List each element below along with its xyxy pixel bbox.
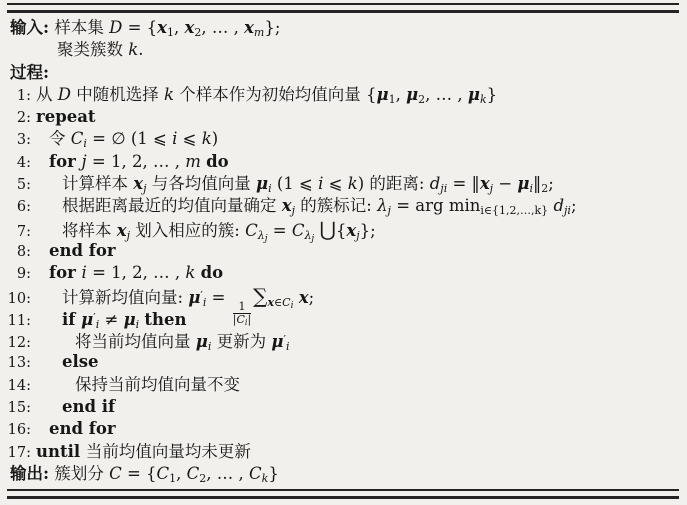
text-segment: = {	[122, 18, 157, 37]
bottom-rule-thick	[7, 496, 679, 499]
text-segment: k	[480, 93, 487, 106]
text-segment: ∑	[253, 284, 267, 308]
text-segment: 当前均值向量均未更新	[86, 442, 251, 461]
algo-header-row-1: 聚类簇数 k.	[0, 39, 685, 61]
algo-line-4: 4:for j = 1, 2, … , m do	[0, 151, 685, 173]
text-segment: for	[49, 263, 82, 282]
text-segment: λ	[258, 229, 265, 242]
text-segment: D	[58, 85, 71, 104]
algo-header-row-20: 输出: 簇划分 C = {C1, C2, … , Ck}	[0, 463, 685, 485]
line-number: 10:	[0, 288, 31, 310]
text-segment: ⩽	[177, 129, 201, 148]
text-segment: until	[36, 442, 86, 461]
text-segment: μ	[256, 174, 268, 193]
text-segment: μ	[81, 310, 93, 329]
text-segment: (1 ⩽	[272, 174, 319, 193]
text-segment: 保持当前均值向量不变	[75, 375, 240, 394]
text-segment: −	[493, 174, 517, 193]
line-content: 输出: 簇划分 C = {C1, C2, … , Ck}	[0, 463, 279, 490]
text-segment: 令	[49, 129, 71, 148]
line-content: for i = 1, 2, … , k do	[36, 262, 223, 284]
text-segment: x	[282, 196, 292, 215]
line-number: 16:	[0, 419, 31, 441]
text-segment: .	[138, 40, 143, 59]
text-segment: do	[201, 263, 224, 282]
text-segment: 输入:	[10, 18, 49, 37]
text-segment: μ	[406, 85, 418, 104]
line-number: 5:	[0, 174, 31, 196]
line-content: for j = 1, 2, … , m do	[36, 151, 229, 173]
text-segment: x	[133, 174, 143, 193]
text-segment: = {	[122, 464, 157, 483]
text-segment: };	[360, 221, 376, 240]
algo-header-row-0: 输入: 样本集 D = {x1, x2, … , xm};	[0, 17, 685, 39]
text-segment: C	[292, 221, 305, 240]
text-segment: =	[267, 221, 291, 240]
text-segment: =	[206, 288, 230, 307]
algo-line-3: 3:令 Ci = ∅ (1 ⩽ i ⩽ k)	[0, 128, 685, 150]
text-segment: C	[157, 464, 170, 483]
text-segment: x	[480, 174, 490, 193]
algo-line-12: 12:将当前均值向量 μi 更新为 μ′i	[0, 329, 685, 351]
text-segment: μ	[188, 288, 200, 307]
text-segment: C	[71, 129, 84, 148]
text-segment: ) 的距离:	[358, 174, 430, 193]
line-content: until 当前均值向量均未更新	[36, 441, 251, 463]
text-segment: 过程:	[10, 63, 49, 82]
text-segment: 1	[389, 93, 396, 106]
line-content: end for	[36, 418, 116, 440]
text-segment: do	[206, 152, 229, 171]
text-segment: k	[348, 174, 358, 193]
text-segment: }	[487, 85, 498, 104]
scanned-algorithm-page: 输入: 样本集 D = {x1, x2, … , xm};聚类簇数 k.过程:1…	[0, 0, 687, 505]
algo-line-11: 11:if μ′i ≠ μi then	[0, 307, 685, 329]
line-number: 6:	[0, 196, 31, 218]
algo-line-15: 15:end if	[0, 396, 685, 418]
fraction-numerator: 1	[233, 301, 251, 315]
text-segment: i	[286, 340, 290, 353]
text-segment: C	[236, 313, 244, 326]
text-segment: = 1, 2, … ,	[87, 263, 186, 282]
text-segment: ,	[396, 85, 407, 104]
fraction: 1|Ci|	[233, 301, 251, 328]
line-number: 8:	[0, 241, 31, 263]
text-segment: )	[212, 129, 218, 148]
text-segment: 与各均值向量	[147, 174, 257, 193]
text-segment: , … ,	[425, 85, 468, 104]
text-segment: ≠	[99, 310, 123, 329]
top-rule-thick	[7, 10, 679, 13]
text-segment: μ	[517, 174, 529, 193]
text-segment: ;	[571, 196, 577, 215]
algo-line-17: 17:until 当前均值向量均未更新	[0, 441, 685, 463]
text-segment: d	[430, 174, 441, 193]
text-segment: C	[187, 464, 200, 483]
line-content: repeat	[36, 106, 96, 128]
text-segment: k	[164, 85, 174, 104]
algo-line-7: 7:将样本 xj 划入相应的簇: Cλj = Cλj ⋃{xj};	[0, 218, 685, 240]
text-segment: i∈{1,2,…,k}	[480, 204, 548, 217]
text-segment: μ	[376, 85, 388, 104]
text-segment: , … ,	[201, 18, 244, 37]
line-number: 12:	[0, 332, 31, 354]
algorithm-box: 输入: 样本集 D = {x1, x2, … , xm};聚类簇数 k.过程:1…	[0, 17, 685, 485]
text-segment: 输出:	[10, 464, 49, 483]
text-segment: k	[202, 129, 212, 148]
text-segment: = arg min	[391, 196, 480, 215]
text-segment: 划入相应的簇:	[130, 221, 245, 240]
text-segment: x	[346, 221, 356, 240]
text-segment: 计算样本	[62, 174, 133, 193]
text-segment: for	[49, 152, 82, 171]
text-segment: 聚类簇数	[57, 40, 128, 59]
line-number: 4:	[0, 152, 31, 174]
text-segment: x	[299, 288, 309, 307]
text-segment: d	[553, 196, 564, 215]
text-segment: C	[109, 464, 122, 483]
algo-line-10: 10:计算新均值向量: μ′i = 1|Ci|∑x∈Ci x;	[0, 285, 685, 307]
text-segment: , … ,	[206, 464, 249, 483]
text-segment: end if	[62, 397, 115, 416]
text-segment: = ‖	[447, 174, 480, 193]
algo-header-row-2: 过程:	[0, 62, 685, 84]
algo-line-9: 9:for i = 1, 2, … , k do	[0, 262, 685, 284]
text-segment: = ∅ (1 ⩽	[87, 129, 172, 148]
text-segment: ,	[174, 18, 185, 37]
text-segment: μ	[271, 332, 283, 351]
line-number: 3:	[0, 129, 31, 151]
text-segment: if	[62, 310, 81, 329]
line-content: else	[36, 351, 99, 373]
text-segment: ∈	[274, 296, 282, 309]
line-content: 聚类簇数 k.	[0, 39, 144, 61]
line-number: 11:	[0, 310, 31, 332]
text-segment: end for	[49, 241, 116, 260]
text-segment: C	[249, 464, 262, 483]
text-segment: ⋃	[319, 217, 335, 241]
line-number: 7:	[0, 221, 31, 243]
text-segment: μ	[468, 85, 480, 104]
text-segment: {	[336, 221, 347, 240]
text-segment: |	[247, 313, 251, 326]
line-content: 从 D 中随机选择 k 个样本作为初始均值向量 {μ1, μ2, … , μk}	[36, 84, 497, 111]
text-segment: else	[62, 352, 99, 371]
line-content: 保持当前均值向量不变	[36, 374, 240, 396]
text-segment: 中随机选择	[71, 85, 164, 104]
algo-line-14: 14:保持当前均值向量不变	[0, 374, 685, 396]
text-segment: x	[185, 18, 195, 37]
text-segment: ;	[309, 288, 315, 307]
algo-line-5: 5:计算样本 xj 与各均值向量 μi (1 ⩽ i ⩽ k) 的距离: dji…	[0, 173, 685, 195]
text-segment: 1	[167, 26, 174, 39]
text-segment: μ	[124, 310, 136, 329]
text-segment: }	[268, 464, 279, 483]
text-segment: ji	[564, 204, 571, 217]
algo-line-16: 16:end for	[0, 418, 685, 440]
text-segment: λ	[377, 196, 387, 215]
algo-line-6: 6:根据距离最近的均值向量确定 xj 的簇标记: λj = arg mini∈{…	[0, 195, 685, 217]
text-segment: 计算新均值向量:	[62, 288, 188, 307]
text-segment: k	[185, 263, 195, 282]
algo-line-1: 1:从 D 中随机选择 k 个样本作为初始均值向量 {μ1, μ2, … , μ…	[0, 84, 685, 106]
line-number: 9:	[0, 263, 31, 285]
line-number: 17:	[0, 442, 31, 464]
text-segment: then	[144, 310, 186, 329]
text-segment: end for	[49, 419, 116, 438]
text-segment: };	[264, 18, 280, 37]
text-segment: repeat	[36, 107, 96, 126]
text-segment: ;	[548, 174, 554, 193]
fraction-denominator: |Ci|	[233, 314, 251, 327]
text-segment: C	[245, 221, 258, 240]
bottom-rule-thin	[7, 489, 679, 491]
text-segment: = 1, 2, … ,	[87, 152, 186, 171]
text-segment: k	[128, 40, 138, 59]
text-segment: ⩽	[323, 174, 347, 193]
line-number: 15:	[0, 397, 31, 419]
text-segment: 个样本作为初始均值向量 {	[174, 85, 377, 104]
text-segment: x	[244, 18, 254, 37]
text-segment: m	[254, 26, 264, 39]
line-content: 过程:	[0, 62, 49, 84]
text-segment: m	[185, 152, 201, 171]
line-number: 13:	[0, 352, 31, 374]
text-segment: μ	[196, 332, 208, 351]
line-content: end if	[36, 396, 115, 418]
text-segment: 更新为	[211, 332, 271, 351]
text-segment: 1	[238, 300, 245, 313]
line-number: 1:	[0, 85, 31, 107]
text-segment: x	[157, 18, 167, 37]
text-segment: 将当前均值向量	[75, 332, 196, 351]
text-segment: 簇划分	[49, 464, 109, 483]
text-segment: 样本集	[49, 18, 109, 37]
text-segment: x	[117, 221, 127, 240]
top-rule-thin	[7, 3, 679, 5]
text-segment: C	[282, 296, 290, 309]
line-number: 2:	[0, 107, 31, 129]
text-segment: 从	[36, 85, 58, 104]
text-segment: 将样本	[62, 221, 117, 240]
text-segment: 的簇标记:	[295, 196, 377, 215]
text-segment: 根据距离最近的均值向量确定	[62, 196, 282, 215]
text-segment: D	[109, 18, 122, 37]
text-segment: ,	[176, 464, 187, 483]
line-number: 14:	[0, 375, 31, 397]
line-content: end for	[36, 240, 116, 262]
